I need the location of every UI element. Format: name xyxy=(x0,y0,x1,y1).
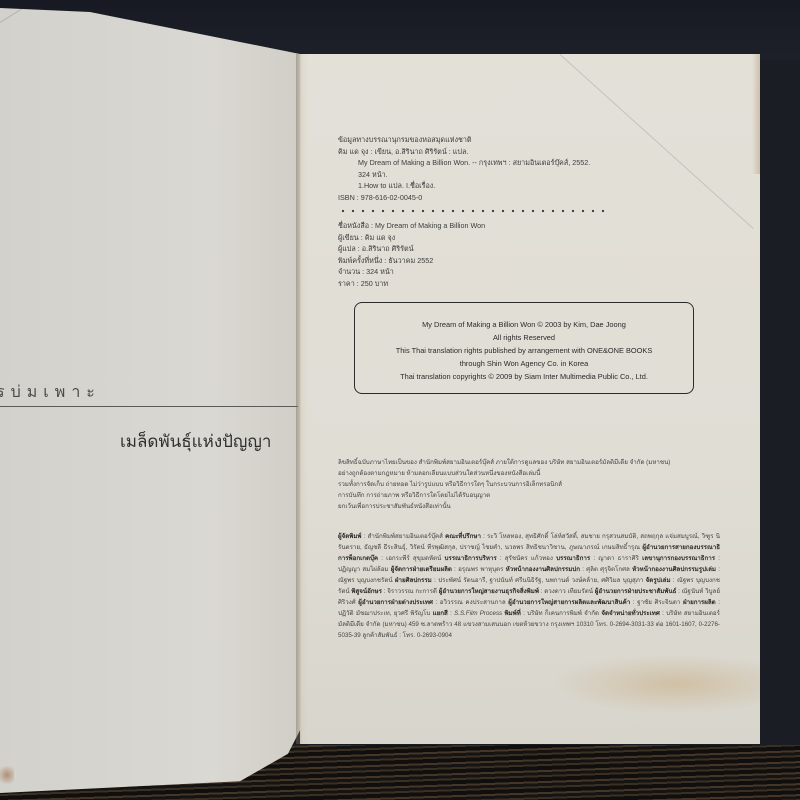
credit-label: บรรณาธิการบริหาร xyxy=(444,555,496,562)
detail-title: ชื่อหนังสือ : My Dream of Making a Billi… xyxy=(338,220,738,232)
credit-label: แยกสี xyxy=(433,610,448,617)
staff-credits: ผู้จัดพิมพ์ : สำนักพิมพ์สยามอินเตอร์บุ๊ค… xyxy=(338,531,720,641)
cip-header: ข้อมูลทางบรรณานุกรมของหอสมุดแห่งชาติ xyxy=(338,134,738,146)
rights-line: ยกเว้นเพื่อการประชาสัมพันธ์หนังสือเท่านั… xyxy=(338,501,728,512)
left-page-rule xyxy=(0,406,298,407)
credit-value: ณัฐพร บุญบงกชรัตน์ xyxy=(338,577,393,584)
cip-data: ข้อมูลทางบรรณานุกรมของหอสมุดแห่งชาติ คิม… xyxy=(338,134,738,203)
copyright-box: My Dream of Making a Billion Won © 2003 … xyxy=(354,302,694,394)
detail-author: ผู้เขียน : คิม แด จุง xyxy=(338,232,738,244)
credit-label: ผู้อำนวยการฝ่ายประชาสัมพันธ์ xyxy=(595,588,677,595)
credit-label: ผู้อำนวยการใหญ่สายการผลิตและพัฒนาสินค้า xyxy=(508,599,630,606)
detail-translator: ผู้แปล : อ.สิรินาถ ศิริรัตน์ xyxy=(338,243,738,255)
credit-value: สำนักพิมพ์สยามอินเตอร์บุ๊คส์ xyxy=(368,533,443,540)
credit-value: บริษัท ก็เคนการพิมพ์ จำกัด xyxy=(527,610,599,617)
dotted-divider xyxy=(338,208,606,214)
left-page: รบ่มเพาะ เมล็ดพันธุ์แห่งปัญญา xyxy=(0,8,300,793)
copyright-line: My Dream of Making a Billion Won © 2003 … xyxy=(355,318,693,331)
credit-label: พิมพ์ที่ xyxy=(504,610,520,617)
detail-price: ราคา : 250 บาท xyxy=(338,278,738,290)
rights-line: อย่างถูกต้องตามกฎหมาย ห้ามลอกเลียนแบบส่ว… xyxy=(338,468,728,479)
credit-value: สุรัชนัคร แก้วทอง xyxy=(505,555,553,562)
copyright-line: This Thai translation rights published b… xyxy=(355,344,693,357)
credit-value: จิราวรรณ กะการดี xyxy=(387,588,437,595)
credit-label: จัดจำหน่ายทั่วประเทศ xyxy=(601,610,659,617)
credit-value: S.S.Film Process xyxy=(454,610,502,617)
cip-title: My Dream of Making a Billion Won. -- กรุ… xyxy=(338,157,738,169)
copyright-line: Thai translation copyrights © 2009 by Si… xyxy=(355,370,693,383)
credit-label: หัวหน้ากองงานศิลปกรรมปก xyxy=(506,566,580,573)
cip-author: คิม แด จุง : เขียน, อ.สิรินาถ ศิริรัตน์ … xyxy=(338,146,738,158)
credit-label: หัวหน้ากองงานศิลปกรรมรูปเล่ม xyxy=(632,566,716,573)
credit-label: ผู้จัดพิมพ์ xyxy=(338,533,362,540)
credit-value: ศุลิต ศุรุจิตโกศล xyxy=(586,566,630,573)
credit-value: อวิวรรณ คงประสานกาล xyxy=(440,599,506,606)
imprint-name: เมล็ดพันธุ์แห่งปัญญา xyxy=(120,428,271,455)
credit-label: จัดรูปเล่ม xyxy=(646,577,671,584)
credit-label: เลขานุการกองบรรณาธิการ xyxy=(642,555,715,562)
credit-value: อรุณพร พาหุบุตร xyxy=(458,566,503,573)
credit-value: ปฏิญญา สมไผ่ล้อม xyxy=(338,566,389,573)
cataloging-block: ข้อมูลทางบรรณานุกรมของหอสมุดแห่งชาติ คิม… xyxy=(338,134,738,289)
copyright-line: All rights Reserved xyxy=(355,331,693,344)
rights-line: รวมทั้งการจัดเก็บ ถ่ายทอด ไม่ว่ารูปแบบ ห… xyxy=(338,479,728,490)
right-page: ข้อมูลทางบรรณานุกรมของหอสมุดแห่งชาติ คิม… xyxy=(300,54,760,744)
credit-label: ผู้จัดการฝ่ายเตรียมผลิต xyxy=(391,566,452,573)
detail-edition: พิมพ์ครั้งที่หนึ่ง : ธันวาคม 2552 xyxy=(338,255,738,267)
credit-label: คณะที่ปรึกษา xyxy=(445,533,481,540)
water-stain xyxy=(550,654,760,714)
book-gutter xyxy=(296,54,308,744)
credit-label: ผู้อำนวยการใหญ่สายงานธุรกิจสิ่งพิมพ์ xyxy=(439,588,539,595)
credit-value: ดวงดาว เทียมรัตน์ xyxy=(544,588,593,595)
credit-label: ฝ่ายการผลิต xyxy=(683,599,716,606)
credit-value: ญาดา ธาราศิริ xyxy=(598,555,639,562)
rights-notice: ลิขสิทธิ์ฉบับภาษาไทยเป็นของ สำนักพิมพ์สย… xyxy=(338,457,728,512)
credit-value: เอกระพีร์ สุขุมดหัตน์ xyxy=(386,555,441,562)
credit-value: ฐาชัย ศิระจินดา xyxy=(637,599,680,606)
rights-line: การบันทึก การถ่ายภาพ หรือวิธีการใดโดยไม่… xyxy=(338,490,728,501)
foxing-stain xyxy=(0,763,14,787)
left-page-heading: รบ่มเพาะ xyxy=(0,380,101,405)
cip-pages: 324 หน้า. xyxy=(338,169,738,181)
credit-label: ผู้อำนวยการฝ่ายต่างประเทศ xyxy=(358,599,433,606)
cip-subject: 1.How to แปล. I.ชื่อเรื่อง. xyxy=(338,180,738,192)
credit-label: ฝ่ายศิลปกรรม xyxy=(395,577,432,584)
book-details: ชื่อหนังสือ : My Dream of Making a Billi… xyxy=(338,220,738,289)
credit-value: ปฏิวัติ มัชฌาประเท, ยุวศรี พิรัญโบ xyxy=(338,610,430,617)
credit-label: บรรณาธิการ xyxy=(556,555,590,562)
credit-value: ประพัศน์ รัตนอารี, ฐาปนันท์ ศรีนนิธิรัฐ,… xyxy=(438,577,643,584)
edge-stain xyxy=(752,54,760,174)
detail-pages: จำนวน : 324 หน้า xyxy=(338,266,738,278)
cip-isbn: ISBN : 978-616-02-0045-0 xyxy=(338,192,738,204)
credit-label: พิสูจน์อักษร xyxy=(351,588,382,595)
copyright-line: through Shin Won Agency Co. in Korea xyxy=(355,357,693,370)
rights-line: ลิขสิทธิ์ฉบับภาษาไทยเป็นของ สำนักพิมพ์สย… xyxy=(338,457,728,468)
